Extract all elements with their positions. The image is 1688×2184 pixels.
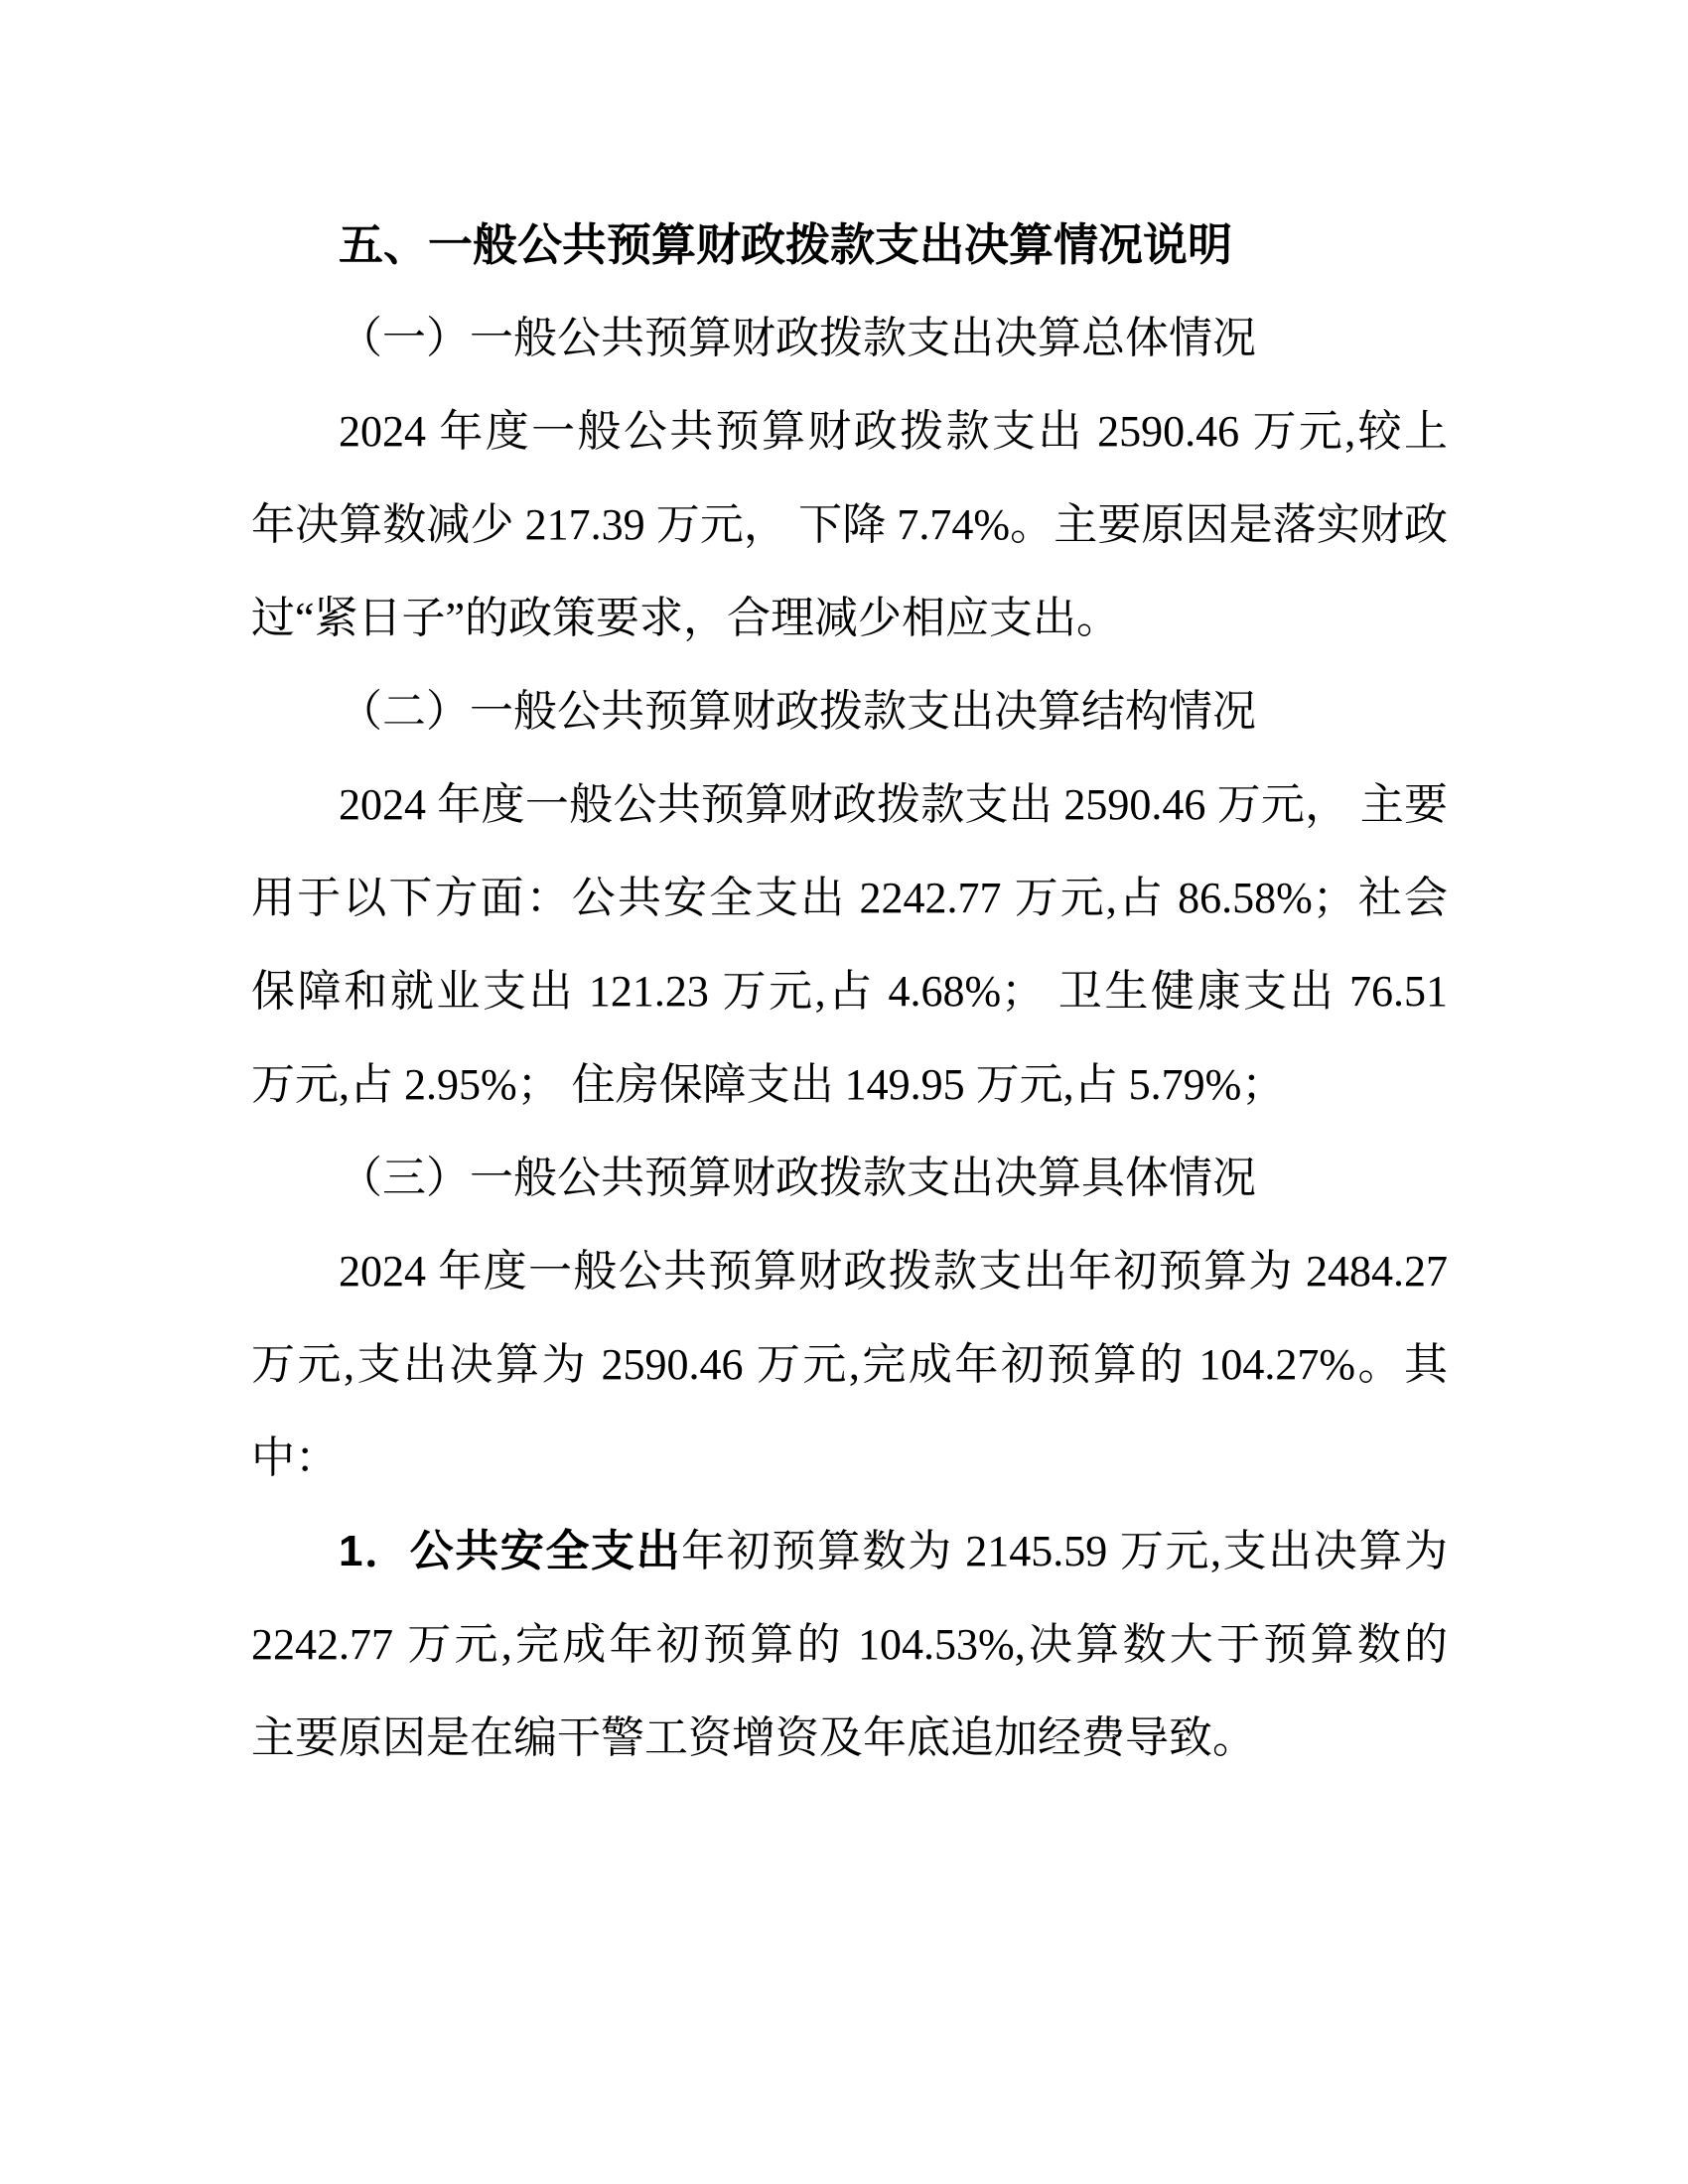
sub-heading-3: （三）一般公共预算财政拨款支出决算具体情况: [251, 1132, 1448, 1225]
para-3-line-3: 中：: [251, 1412, 1448, 1505]
para-2-line-2: 用于以下方面：公共安全支出 2242.77 万元,占 86.58%；社会: [251, 852, 1448, 945]
para-4-line-3: 主要原因是在编干警工资增资及年底追加经费导致。: [251, 1692, 1448, 1785]
para-4-line-2: 2242.77 万元,完成年初预算的 104.53%,决算数大于预算数的: [251, 1598, 1448, 1692]
para-4-line-1: 1．公共安全支出年初预算数为 2145.59 万元,支出决算为: [251, 1505, 1448, 1598]
numbered-item-bold-label: 1．公共安全支出: [339, 1527, 681, 1575]
sub-heading-2: （二）一般公共预算财政拨款支出决算结构情况: [251, 665, 1448, 758]
para-1-line-3: 过“紧日子”的政策要求，合理减少相应支出。: [251, 572, 1448, 665]
para-2-line-1: 2024 年度一般公共预算财政拨款支出 2590.46 万元， 主要: [251, 758, 1448, 852]
para-3-line-2: 万元,支出决算为 2590.46 万元,完成年初预算的 104.27%。其: [251, 1318, 1448, 1412]
sub-heading-1: （一）一般公共预算财政拨款支出决算总体情况: [251, 292, 1448, 385]
section-title: 五、一般公共预算财政拨款支出决算情况说明: [251, 199, 1448, 292]
para-1-line-2: 年决算数减少 217.39 万元， 下降 7.74%。主要原因是落实财政: [251, 478, 1448, 572]
document-page: 五、一般公共预算财政拨款支出决算情况说明 （一）一般公共预算财政拨款支出决算总体…: [0, 0, 1688, 2184]
para-1-line-1: 2024 年度一般公共预算财政拨款支出 2590.46 万元,较上: [251, 385, 1448, 478]
para-3-line-1: 2024 年度一般公共预算财政拨款支出年初预算为 2484.27: [251, 1225, 1448, 1318]
para-2-line-4: 万元,占 2.95%； 住房保障支出 149.95 万元,占 5.79%；: [251, 1038, 1448, 1132]
numbered-item-text: 年初预算数为 2145.59 万元,支出决算为: [681, 1527, 1448, 1575]
text-block: 五、一般公共预算财政拨款支出决算情况说明 （一）一般公共预算财政拨款支出决算总体…: [251, 199, 1448, 1785]
para-2-line-3: 保障和就业支出 121.23 万元,占 4.68%； 卫生健康支出 76.51: [251, 945, 1448, 1038]
